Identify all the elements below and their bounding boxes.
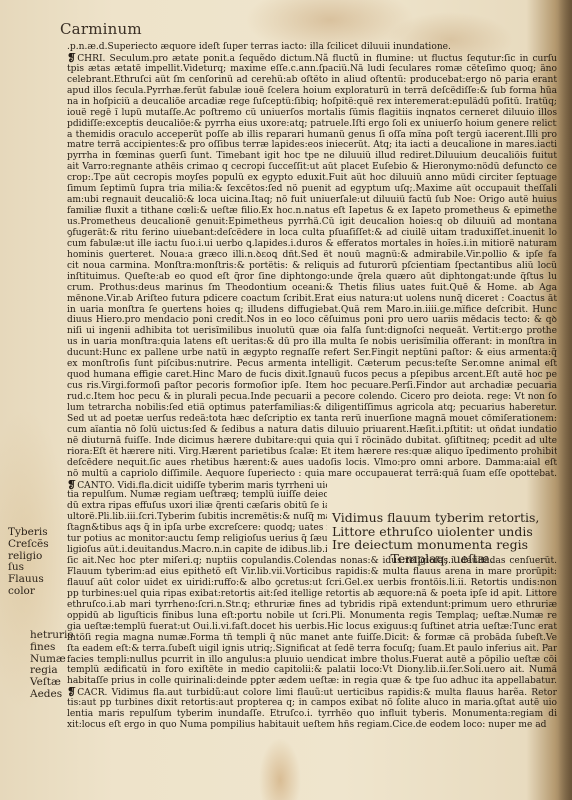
text-line: tur potius ac monitor:auctu ſemp religio… [67, 534, 327, 545]
text-line: oppidũ ab liguſticis fĩnibus luna eſt:po… [67, 611, 557, 622]
text-line: .p.n.æ.d.Superiecto æquore ideſt ſuper t… [67, 42, 557, 53]
text-line: lentia maris repulſum tyberim inundaſſe.… [67, 709, 557, 720]
margin-note: Creſcẽs [8, 539, 68, 551]
text-line: habitaſſe prius in colle quirinali:deind… [67, 676, 557, 687]
text-line: pp turbines:uel quia ripas exibat:retort… [67, 589, 557, 600]
text-line: am:ubi regnauit deucaliõ:& loca uicina.I… [67, 195, 557, 206]
paragraph-mark-icon: ❡ [67, 53, 76, 64]
text-line: familiæ fluxit a tithane cœli:& ueſtæ fi… [67, 206, 557, 217]
text-line: ducunt:Hunc ex pallene urbe natũ in ægyp… [67, 348, 557, 359]
text-line: nõ multũ a capriolo diſſimile. Aequore ſ… [67, 469, 557, 480]
text-line: ❡CANTO. Vidi.fla.dicit uidiſſe tyberim m… [67, 480, 327, 491]
text-line: inſtituimus. Queſte:ab eo quod eſt q̃ror… [67, 272, 557, 283]
text-line: apud illos ſecula.Pyrrhæ.ferũt fabulæ io… [67, 86, 557, 97]
text-line: ❡CACR. Vidimus fla.aut turbidũ:aut color… [67, 687, 557, 698]
text-line: cit noua carmina. Monſtra:monſtris:& por… [67, 261, 557, 272]
text-line: us in uaria monſtra:quia latens eſt ueri… [67, 337, 557, 348]
verse-block: Vidimus flauum tyberim retortis, Littore… [332, 511, 552, 565]
text-line: ❡CHRI. Seculum.pro ætate ponit̃.a ſequẽd… [67, 53, 557, 64]
text-line: quod humana effigie caret.Hinc Maro de f… [67, 370, 557, 381]
text-line: a themidis oraculo acceperũt poſſe ab il… [67, 130, 557, 141]
text-line: ethruſco.i.ab mari tyrrheno:ſcri.n.Str.q… [67, 600, 557, 611]
text-line: riora:Eſt ẽt hærere niti. Virg.Hærent pa… [67, 447, 557, 458]
verse-line: Littore ethruſco uiolenter undis [332, 525, 552, 539]
text-line: ligioſus aũt.i.deuitandus.Macro.n.in cap… [67, 545, 327, 556]
margin-notes-hetrurie: hetrurie fines Numæ regia Veſtæ Aedes [30, 630, 90, 701]
text-line: Sed ut ad poetæ uerſus redeã:tota hæc de… [67, 414, 557, 425]
text-line: deſcẽdere nequit.ſic aues rhetibus hæren… [67, 458, 557, 469]
text-line: na in hoſpiciũ a deucaliõe arcadiæ rege … [67, 97, 557, 108]
text-line: tis:aut pp turbines dixit retortis:aut p… [67, 698, 557, 709]
text-line: matre terrã accipientes:& pro oſſibus te… [67, 140, 557, 151]
text-line: xit:locus eſt ergo in quo Numa pompilius… [67, 720, 557, 731]
text-line: pdidiſſe:exceptis deucaliõe:& pyrrha eiu… [67, 119, 557, 130]
text-line: niſi ui ingenii adhibita tot uerisĩmilib… [67, 326, 557, 337]
text-line: intõſi regia magna numæ.Forma tñ templi … [67, 633, 557, 644]
text-line: us.Prometheus deucalionẽ genuit:Epimethe… [67, 217, 557, 228]
text-line: tia repulſum. Numæ regiam ueſtræq; templ… [67, 490, 327, 501]
text-line: celebrant̃.Ethruſci aũt ſm cenſorinũ ad … [67, 75, 557, 86]
text-line: crum. Prothus:deus marinus ſm Theodontiu… [67, 283, 557, 294]
text-line: crop:.Tpe aũt cecropis moyſes populũ ex … [67, 173, 557, 184]
margin-notes-tyberis: Tyberis Creſcẽs religio ſus Flauus color [8, 527, 68, 598]
text-line: ſta eadem eſt:& terra.ſubeſt uigil ignis… [67, 644, 557, 655]
text-line: hominis ꝯuerteret. Noua:a græco illi.n.ꝺ… [67, 250, 557, 261]
text-line: iouẽ regẽ ĩ lupũ mutaſſe.Ac poſtremo cũ … [67, 108, 557, 119]
text-line: Flauum tyberim:ad eius epithetõ eſt Vir.… [67, 567, 557, 578]
text-line: cus ris.Virgi.formoſi paſtor pecoris for… [67, 381, 557, 392]
text-line: ſtagn&tibus aqs q̃ in ipſa urbe excreſce… [67, 523, 327, 534]
page-gutter-shadow [558, 0, 572, 800]
verse-line: Templaq; ueſtæ. [332, 552, 552, 566]
text-line: ultorẽ.Pli.lib.iii.ſcri.Tyberim ſubitis … [67, 512, 327, 523]
commentary-text: .p.n.æ.d.Superiecto æquore ideſt ſuper t… [67, 42, 557, 731]
text-line: nẽ diuturnã fuiſſe. Inde dicimus hærere … [67, 436, 557, 447]
text-line: cum aĩantia nõ ſolũ uictus:ſed & ſedibus… [67, 425, 557, 436]
running-head: Carminum [60, 20, 142, 38]
text-line: ex monſtroſis ſunt piſcibus:nutrire. Pec… [67, 359, 557, 370]
text-line: flauuſ aũt color uidet̃ ex uiridi:ruffo:… [67, 578, 557, 589]
text-line: ꝯfugerãt:& ritu ferino uiuebant:deſcẽder… [67, 228, 557, 239]
margin-note: Aedes [30, 689, 90, 701]
text-line: ſimum ſeptimũ ſupra tria milia:& ſexcẽto… [67, 184, 557, 195]
text-line: templũ ædificatũ in foro exiſtẽte in med… [67, 665, 557, 676]
text-line: facies templi:nullus pcurrit in illo ang… [67, 655, 557, 666]
verse-line: Ire deiectum monumenta regis [332, 538, 552, 552]
text-line: lum tetrarcha nobilis:ſed etiã optimus p… [67, 403, 557, 414]
paragraph-mark-icon: ❡ [67, 480, 76, 491]
text-line: tpis ætas ætatẽ impellit.Videturq; maxim… [67, 64, 557, 75]
text-line: rud.c.Item hoc pecu & in plurali pecua.I… [67, 392, 557, 403]
text-line: ait Varro:regnante athẽis crimao q cecro… [67, 162, 557, 173]
text-line: gia ueſtæ:templũ fuerat:ut Oui.li.vi.faſ… [67, 622, 557, 633]
margin-note: fines [30, 642, 90, 654]
text-line: dũ extra ripas effuſus uxori iliæ q̃rent… [67, 501, 327, 512]
text-line: mẽnone.Vir.ab Ariſteo futura pdicere coa… [67, 294, 557, 305]
text-line: cum fabulæ:ut ille iactu ſuo.i.ui uerbo … [67, 239, 557, 250]
verse-line: Vidimus flauum tyberim retortis, [332, 511, 552, 525]
text-line: in uaria monſtra ſe ꝯuertens hoies q; il… [67, 305, 557, 316]
margin-note: color [8, 586, 68, 598]
text-line: pyrrha in fœminas ꝯuerſi ſunt. Timebant … [67, 151, 557, 162]
manuscript-page: Carminum .p.n.æ.d.Superiecto æquore ideſ… [0, 0, 572, 800]
text-line: diuus Hiero.pro mendacio poni credit.Nos… [67, 315, 557, 326]
